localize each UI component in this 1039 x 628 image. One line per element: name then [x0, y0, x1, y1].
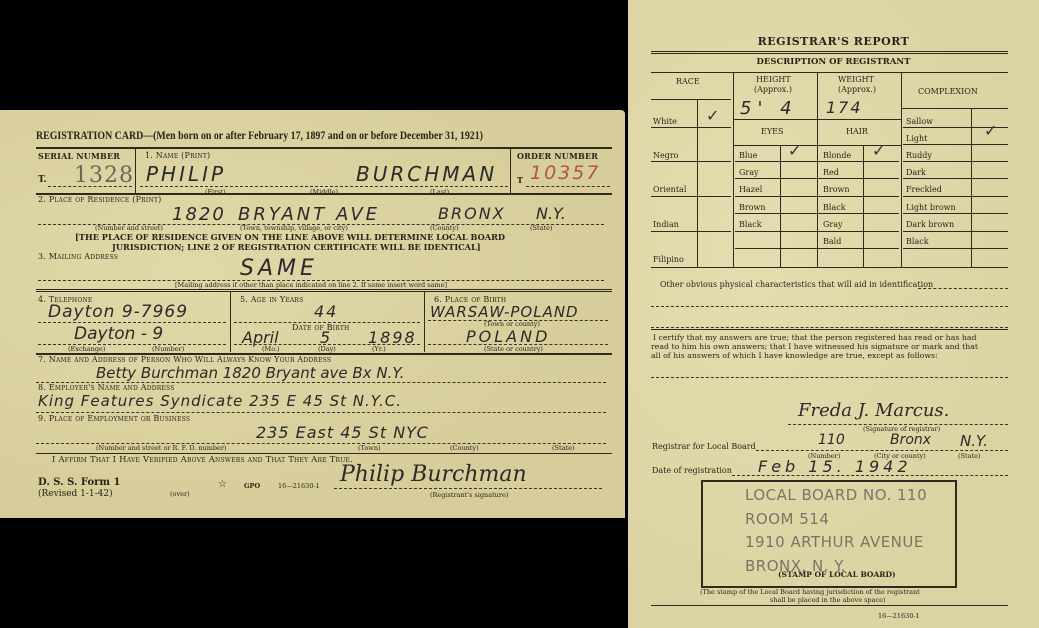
county-caption: (County) [430, 224, 459, 232]
race-header: RACE [676, 77, 700, 86]
eyes-brown: Brown [739, 203, 766, 212]
employer-value: King Features Syndicate 235 E 45 St N.Y.… [38, 392, 402, 410]
residence-state: N.Y. [536, 204, 566, 223]
residence-label: 2. Place of Residence (Print) [38, 195, 161, 204]
order-number-value: 10357 [530, 162, 600, 184]
card-title: REGISTRATION CARD—(Men born on or after … [36, 130, 483, 142]
date-label: Date of registration [652, 466, 732, 475]
race-white: White [653, 117, 677, 126]
order-prefix: T [517, 175, 523, 185]
hair-red: Red [823, 168, 839, 177]
eyes-header: EYES [761, 127, 783, 136]
form-code: 16—21630-1 [278, 482, 320, 490]
race-white-check: ✓ [706, 106, 719, 125]
signature-caption: (Registrant's signature) [430, 491, 508, 499]
stamp-caption: (STAMP OF LOCAL BOARD) [778, 570, 896, 579]
employment-state-caption: (State) [552, 444, 574, 452]
street-caption: (Number and street) [95, 224, 163, 232]
mailing-address-label: 3. Mailing Address [38, 252, 118, 261]
order-number-label: ORDER NUMBER [517, 151, 598, 161]
month-caption: (Mo.) [262, 345, 280, 353]
eyes-gray: Gray [739, 168, 759, 177]
date-value: Feb 15. 1942 [758, 457, 912, 476]
report-subtitle: DESCRIPTION OF REGISTRANT [628, 57, 1039, 67]
day-caption: (Day) [318, 345, 336, 353]
serial-prefix: T. [38, 175, 47, 185]
hair-black: Black [823, 203, 846, 212]
hair-gray: Gray [823, 220, 843, 229]
eyes-blue: Blue [739, 151, 757, 160]
employment-street-caption: (Number and street or R. F. D. number) [96, 444, 227, 452]
race-negro: Negro [653, 151, 679, 160]
height-approx: (Approx.) [754, 85, 792, 94]
stamp-line-2: ROOM 514 [745, 510, 829, 528]
residence-notice-1: [THE PLACE OF RESIDENCE GIVEN ON THE LIN… [75, 232, 505, 242]
birthplace-town: WARSAW-POLAND [430, 303, 579, 321]
registrant-signature: Philip Burchman [340, 462, 527, 487]
registrar-signature: Freda J. Marcus. [798, 400, 949, 421]
employer-label: 8. Employer's Name and Address [38, 383, 175, 392]
hair-blonde: Blonde [823, 151, 851, 160]
stamp-line-3: 1910 ARTHUR AVENUE [745, 533, 924, 551]
eyes-blue-check: ✓ [788, 141, 801, 160]
year-caption: (Yr.) [372, 345, 386, 353]
residence-town: BRYANT AVE [238, 204, 380, 225]
age-label: 5. Age in Years [240, 295, 303, 304]
other-characteristics-label: Other obvious physical characteristics t… [660, 280, 933, 289]
registration-card: REGISTRATION CARD—(Men born on or after … [0, 110, 625, 518]
name-label: 1. Name (Print) [145, 151, 210, 160]
complexion-sallow: Sallow [906, 117, 933, 126]
employment-county-caption: (County) [450, 444, 479, 452]
board-state-caption: (State) [958, 452, 980, 460]
mailing-address-value: SAME [240, 256, 318, 281]
stamp-line-1: LOCAL BOARD NO. 110 [745, 486, 927, 504]
over-label: (over) [170, 490, 190, 498]
complexion-light: Light [906, 134, 927, 143]
employment-place-value: 235 East 45 St NYC [256, 423, 429, 442]
serial-number-label: SERIAL NUMBER [38, 151, 120, 161]
race-indian: Indian [653, 220, 679, 229]
form-revised: (Revised 1-1-42) [38, 489, 113, 499]
eyes-black: Black [739, 220, 762, 229]
weight-value: 174 [826, 98, 863, 117]
state-country-caption: (State or country) [484, 345, 543, 353]
employment-place-label: 9. Place of Employment or Business [38, 414, 190, 423]
first-name-value: PHILIP [146, 162, 226, 186]
height-header: HEIGHT [756, 75, 791, 84]
complexion-ruddy: Ruddy [906, 151, 932, 160]
local-board-label: Registrar for Local Board [652, 442, 756, 451]
form-id: D. S. S. Form 1 [38, 477, 120, 488]
affirmation-text: I Affirm That I Have Verified Above Answ… [52, 455, 353, 465]
height-value: 5' 4 [740, 98, 798, 119]
complexion-freckled: Freckled [906, 185, 942, 194]
local-board-city: Bronx [890, 432, 931, 448]
complexion-black: Black [906, 237, 929, 246]
hair-brown: Brown [823, 185, 850, 194]
certify-line-2: read to him his own answers; that I have… [651, 342, 978, 351]
telephone-value: Dayton 9-7969 [48, 302, 188, 322]
contact-label: 7. Name and Address of Person Who Will A… [38, 355, 331, 364]
town-caption: (Town, township, village, or city) [240, 224, 348, 232]
complexion-light-brown: Light brown [906, 203, 956, 212]
complexion-dark-brown: Dark brown [906, 220, 954, 229]
contact-value: Betty Burchman 1820 Bryant ave Bx N.Y. [96, 364, 404, 382]
star-icon: ☆ [218, 479, 227, 490]
hair-blonde-check: ✓ [872, 141, 885, 160]
race-oriental: Oriental [653, 185, 686, 194]
registrars-report-card: REGISTRAR'S REPORT DESCRIPTION OF REGIST… [628, 0, 1039, 628]
local-board-number: 110 [818, 432, 845, 448]
residence-county: BRONX [438, 204, 506, 223]
last-name-value: BURCHMAN [356, 162, 497, 186]
complexion-header: COMPLEXION [918, 87, 978, 96]
certify-line-1: I certify that my answers are true; that… [653, 333, 976, 342]
gpo-label: GPO [244, 482, 260, 490]
residence-street: 1820 [172, 204, 226, 225]
serial-number-value: 1328 [74, 163, 134, 188]
race-filipino: Filipino [653, 255, 684, 264]
exchange-caption: (Exchange) [68, 345, 105, 353]
stamp-note-1: (The stamp of the Local Board having jur… [700, 588, 920, 596]
eyes-hazel: Hazel [739, 185, 762, 194]
mailing-caption: [Mailing address if other than place ind… [175, 281, 447, 289]
number-caption: (Number) [152, 345, 184, 353]
state-caption: (State) [530, 224, 552, 232]
employment-town-caption: (Town) [358, 444, 381, 452]
age-value: 44 [314, 302, 338, 321]
weight-approx: (Approx.) [838, 85, 876, 94]
complexion-dark: Dark [906, 168, 926, 177]
hair-header: HAIR [846, 127, 868, 136]
complexion-light-check: ✓ [984, 121, 997, 140]
report-title: REGISTRAR'S REPORT [628, 35, 1039, 48]
certify-line-3: all of his answers of which I have knowl… [651, 351, 938, 360]
local-board-state: N.Y. [960, 432, 988, 450]
report-code: 16—21630-1 [878, 612, 920, 620]
weight-header: WEIGHT [838, 75, 874, 84]
stamp-note-2: shall be placed in the above space) [770, 596, 886, 604]
residence-notice-2: JURISDICTION; LINE 2 OF REGISTRATION CER… [112, 242, 481, 252]
telephone-exchange: Dayton - 9 [74, 324, 163, 344]
hair-bald: Bald [823, 237, 841, 246]
